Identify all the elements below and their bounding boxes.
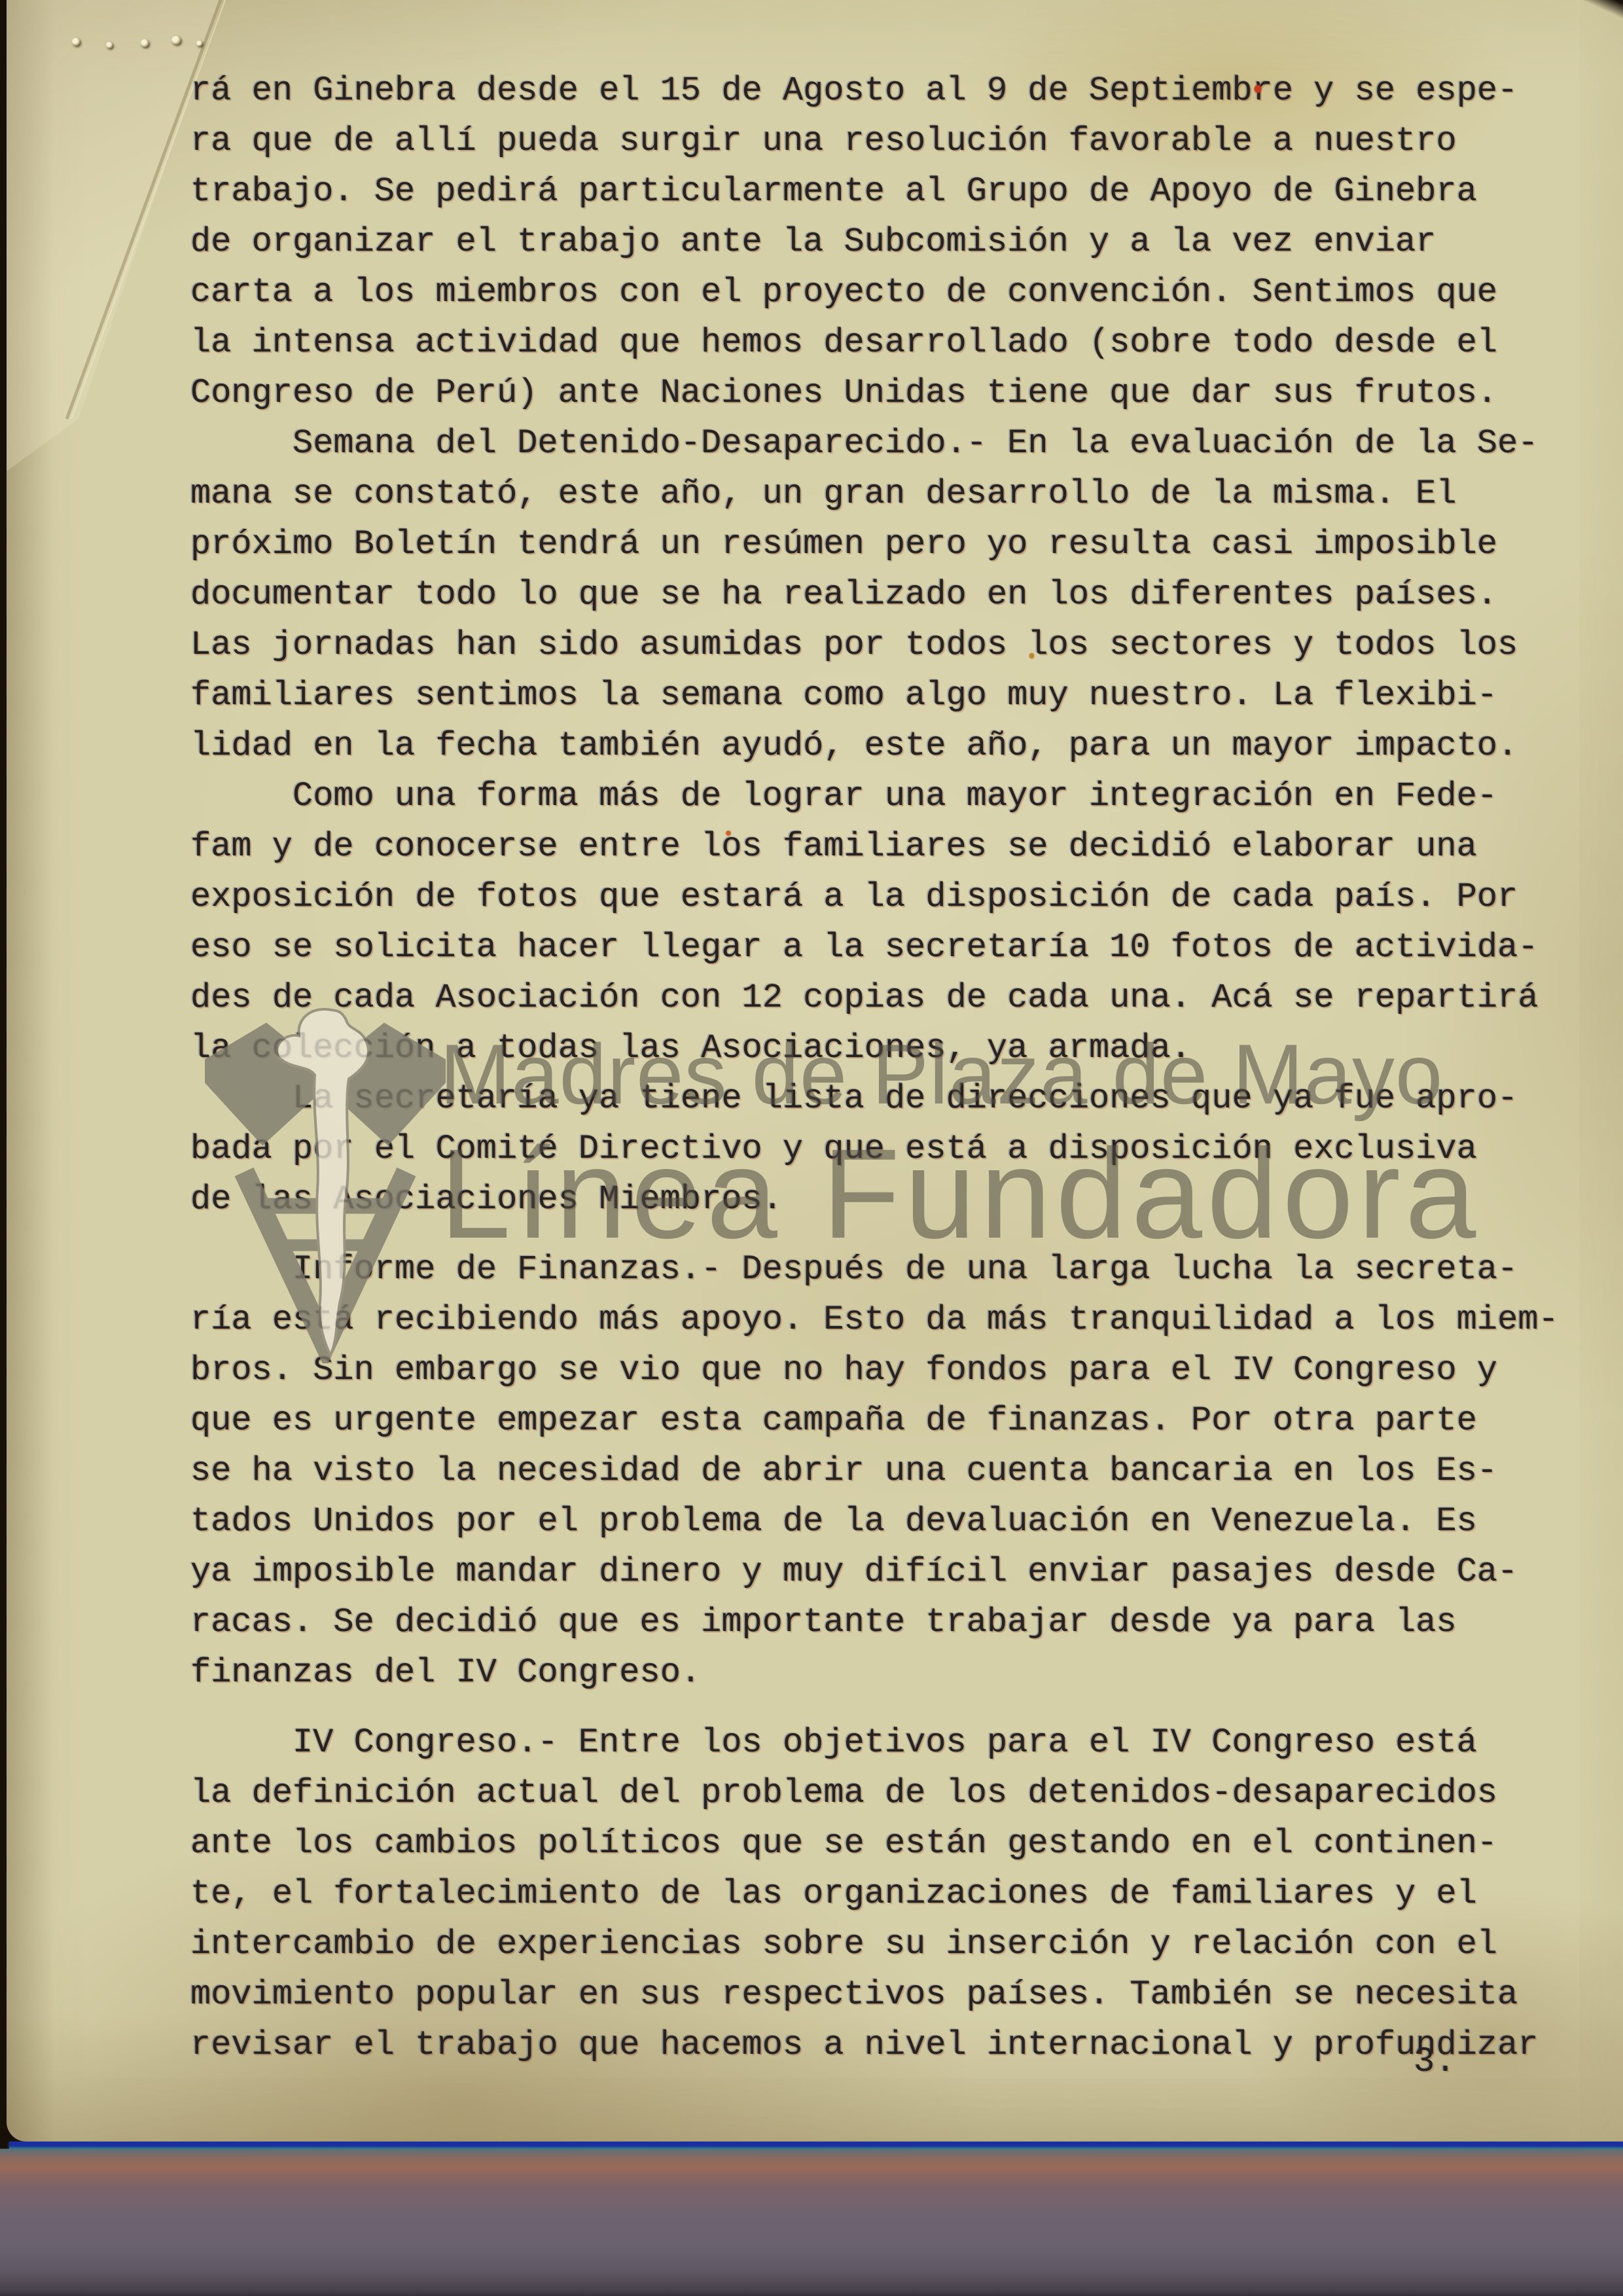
pin-hole-mark (141, 39, 149, 47)
typed-line: documentar todo lo que se ha realizado e… (190, 569, 1559, 620)
typed-line: tados Unidos por el problema de la deval… (190, 1496, 1559, 1547)
typed-line: la intensa actividad que hemos desarroll… (190, 317, 1559, 368)
red-ink-speck (725, 830, 732, 836)
page-number: 3. (1414, 2042, 1456, 2082)
typed-line: racas. Se decidió que es importante trab… (190, 1597, 1559, 1647)
red-ink-speck (1029, 652, 1035, 660)
paper-sheet: rá en Ginebra desde el 15 de Agosto al 9… (7, 0, 1623, 2142)
scan-edge-blue-line (9, 2142, 1623, 2149)
watermark-subtitle: Línea Fundadora (440, 1121, 1480, 1267)
scan-corner-shadow (1571, 0, 1623, 18)
typed-line: Las jornadas han sido asumidas por todos… (190, 620, 1559, 670)
typed-line: intercambio de experiencias sobre su ins… (190, 1919, 1559, 1969)
typed-line: exposición de fotos que estará a la disp… (190, 872, 1559, 922)
typed-line: carta a los miembros con el proyecto de … (190, 267, 1559, 317)
typed-line: revisar el trabajo que hacemos a nivel i… (190, 2020, 1559, 2070)
typed-line: Semana del Detenido-Desaparecido.- En la… (190, 418, 1559, 469)
red-ink-speck (1254, 84, 1262, 94)
typed-line: rá en Ginebra desde el 15 de Agosto al 9… (190, 65, 1559, 116)
typed-line: ra que de allí pueda surgir una resoluci… (190, 116, 1559, 166)
pin-hole-mark (106, 42, 113, 48)
scanned-page: rá en Ginebra desde el 15 de Agosto al 9… (0, 0, 1623, 2296)
scan-edge-band (0, 2149, 1623, 2296)
typed-line: que es urgente empezar esta campaña de f… (190, 1395, 1559, 1446)
typed-line: Como una forma más de lograr una mayor i… (190, 771, 1559, 821)
typed-line: la definición actual del problema de los… (190, 1768, 1559, 1818)
typed-line: trabajo. Se pedirá particularmente al Gr… (190, 166, 1559, 217)
typed-line: próximo Boletín tendrá un resúmen pero y… (190, 519, 1559, 569)
pin-hole-mark (196, 41, 202, 46)
typed-line: familiares sentimos la semana como algo … (190, 670, 1559, 721)
typed-line: ante los cambios políticos que se están … (190, 1818, 1559, 1869)
watermark-title: Madres de Plaza de Mayo (440, 1025, 1443, 1123)
madres-logo-watermark (194, 1007, 456, 1363)
typed-line: eso se solicita hacer llegar a la secret… (190, 922, 1559, 973)
pin-hole-mark (72, 38, 80, 46)
typed-line: fam y de conocerse entre los familiares … (190, 821, 1559, 872)
typed-line: lidad en la fecha también ayudó, este añ… (190, 721, 1559, 771)
typed-line: Congreso de Perú) ante Naciones Unidas t… (190, 368, 1559, 418)
pin-hole-mark (171, 36, 181, 45)
typed-line: te, el fortalecimiento de las organizaci… (190, 1869, 1559, 1919)
typed-line: movimiento popular en sus respectivos pa… (190, 1969, 1559, 2020)
typed-line: mana se constató, este año, un gran desa… (190, 469, 1559, 519)
typed-line: se ha visto la necesidad de abrir una cu… (190, 1446, 1559, 1496)
typed-line: de organizar el trabajo ante la Subcomis… (190, 217, 1559, 267)
typed-line: finanzas del IV Congreso. (190, 1647, 1559, 1698)
typed-line: IV Congreso.- Entre los objetivos para e… (190, 1717, 1559, 1768)
typed-line: ya imposible mandar dinero y muy difícil… (190, 1547, 1559, 1597)
